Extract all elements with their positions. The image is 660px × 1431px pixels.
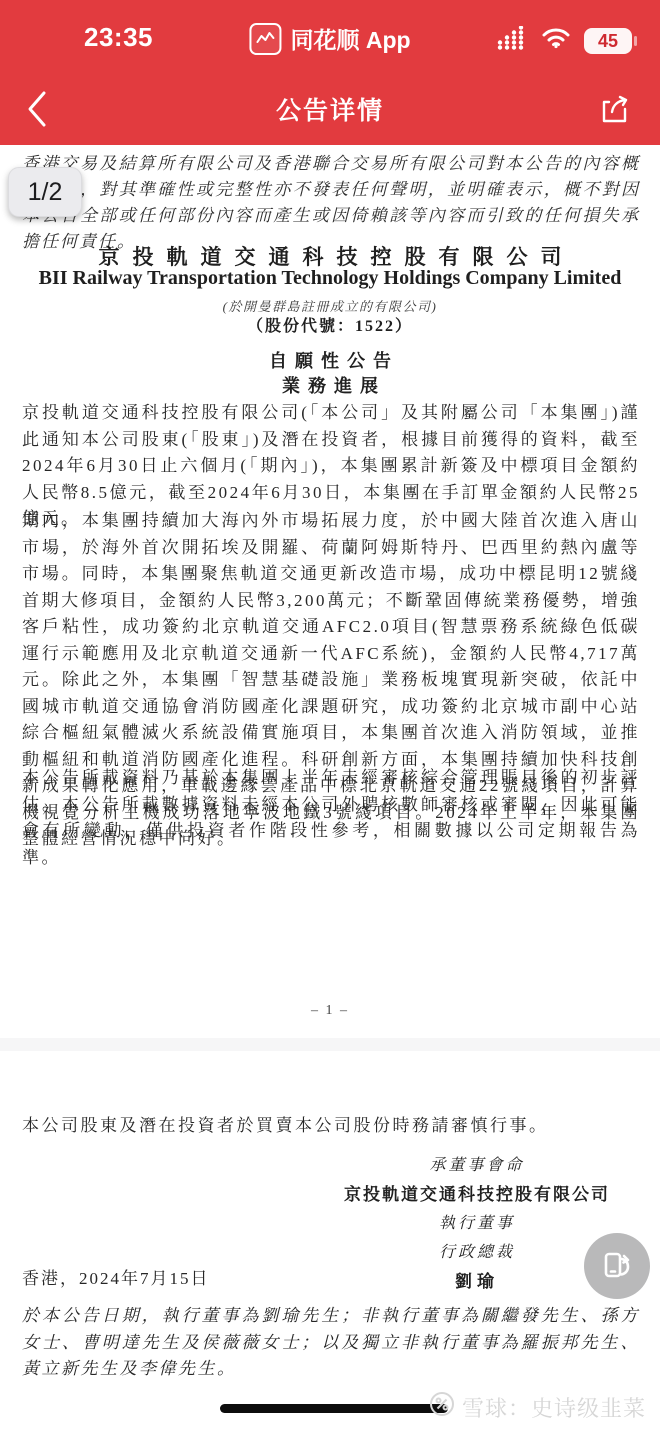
stock-code: （股份代號：1522） [0, 313, 660, 336]
page-separator [0, 1038, 660, 1051]
place-date-line: 香港，2024年7月15日 [22, 1266, 640, 1293]
by-order-of-board: 承董事會命 [344, 1151, 610, 1180]
watermark: 雪球：史诗级韭菜 [429, 1391, 646, 1423]
directors-note: 於本公告日期，執行董事為劉瑜先生；非執行董事為關繼發先生、孫方女士、曹明達先生及… [22, 1303, 640, 1383]
tonghuashun-app-icon [249, 23, 281, 55]
announcement-subject-heading: 業務進展 [0, 372, 660, 398]
signatory-role-ceo: 行政總裁 [344, 1238, 610, 1267]
app-banner[interactable]: 同花顺 App [249, 22, 410, 55]
document-page-number: – 1 – [0, 1003, 660, 1019]
hkex-disclaimer: 香港交易及結算所有限公司及香港聯合交易所有限公司對本公告的內容概不負責，對其準確… [22, 151, 640, 255]
xueqiu-logo-icon [429, 1391, 455, 1423]
page-title: 公告详情 [0, 91, 660, 127]
app-banner-label: 同花顺 App [290, 22, 410, 55]
company-name-english: BII Railway Transportation Technology Ho… [0, 267, 660, 290]
page-indicator-badge: 1/2 [8, 167, 82, 217]
home-indicator-bar[interactable] [220, 1404, 448, 1413]
cellular-signal-icon [496, 26, 528, 55]
signatory-role-executive-director: 執行董事 [344, 1209, 610, 1238]
status-icons: 45 [496, 26, 632, 55]
share-button[interactable] [594, 87, 638, 131]
signature-company: 京投軌道交通科技控股有限公司 [344, 1180, 610, 1209]
nav-bar: 公告详情 [0, 75, 660, 145]
wifi-icon [541, 26, 571, 55]
watermark-text: 雪球：史诗级韭菜 [462, 1392, 646, 1423]
announcement-type-heading: 自願性公告 [0, 347, 660, 373]
battery-icon: 45 [584, 28, 632, 54]
share-icon [599, 92, 633, 126]
battery-nub [634, 36, 637, 46]
battery-level: 45 [598, 32, 618, 50]
clock-time: 23:35 [84, 22, 153, 53]
status-bar: 23:35 同花顺 App [0, 14, 660, 62]
app-header: 23:35 同花顺 App [0, 0, 660, 145]
caution-statement: 本公司股東及潛在投資者於買賣本公司股份時務請審慎行事。 [22, 1113, 640, 1140]
body-paragraph: 本公告所載資料乃基於本集團上半年未經審核綜合管理賬目後的初步評估。本公告所載數據… [22, 765, 640, 871]
